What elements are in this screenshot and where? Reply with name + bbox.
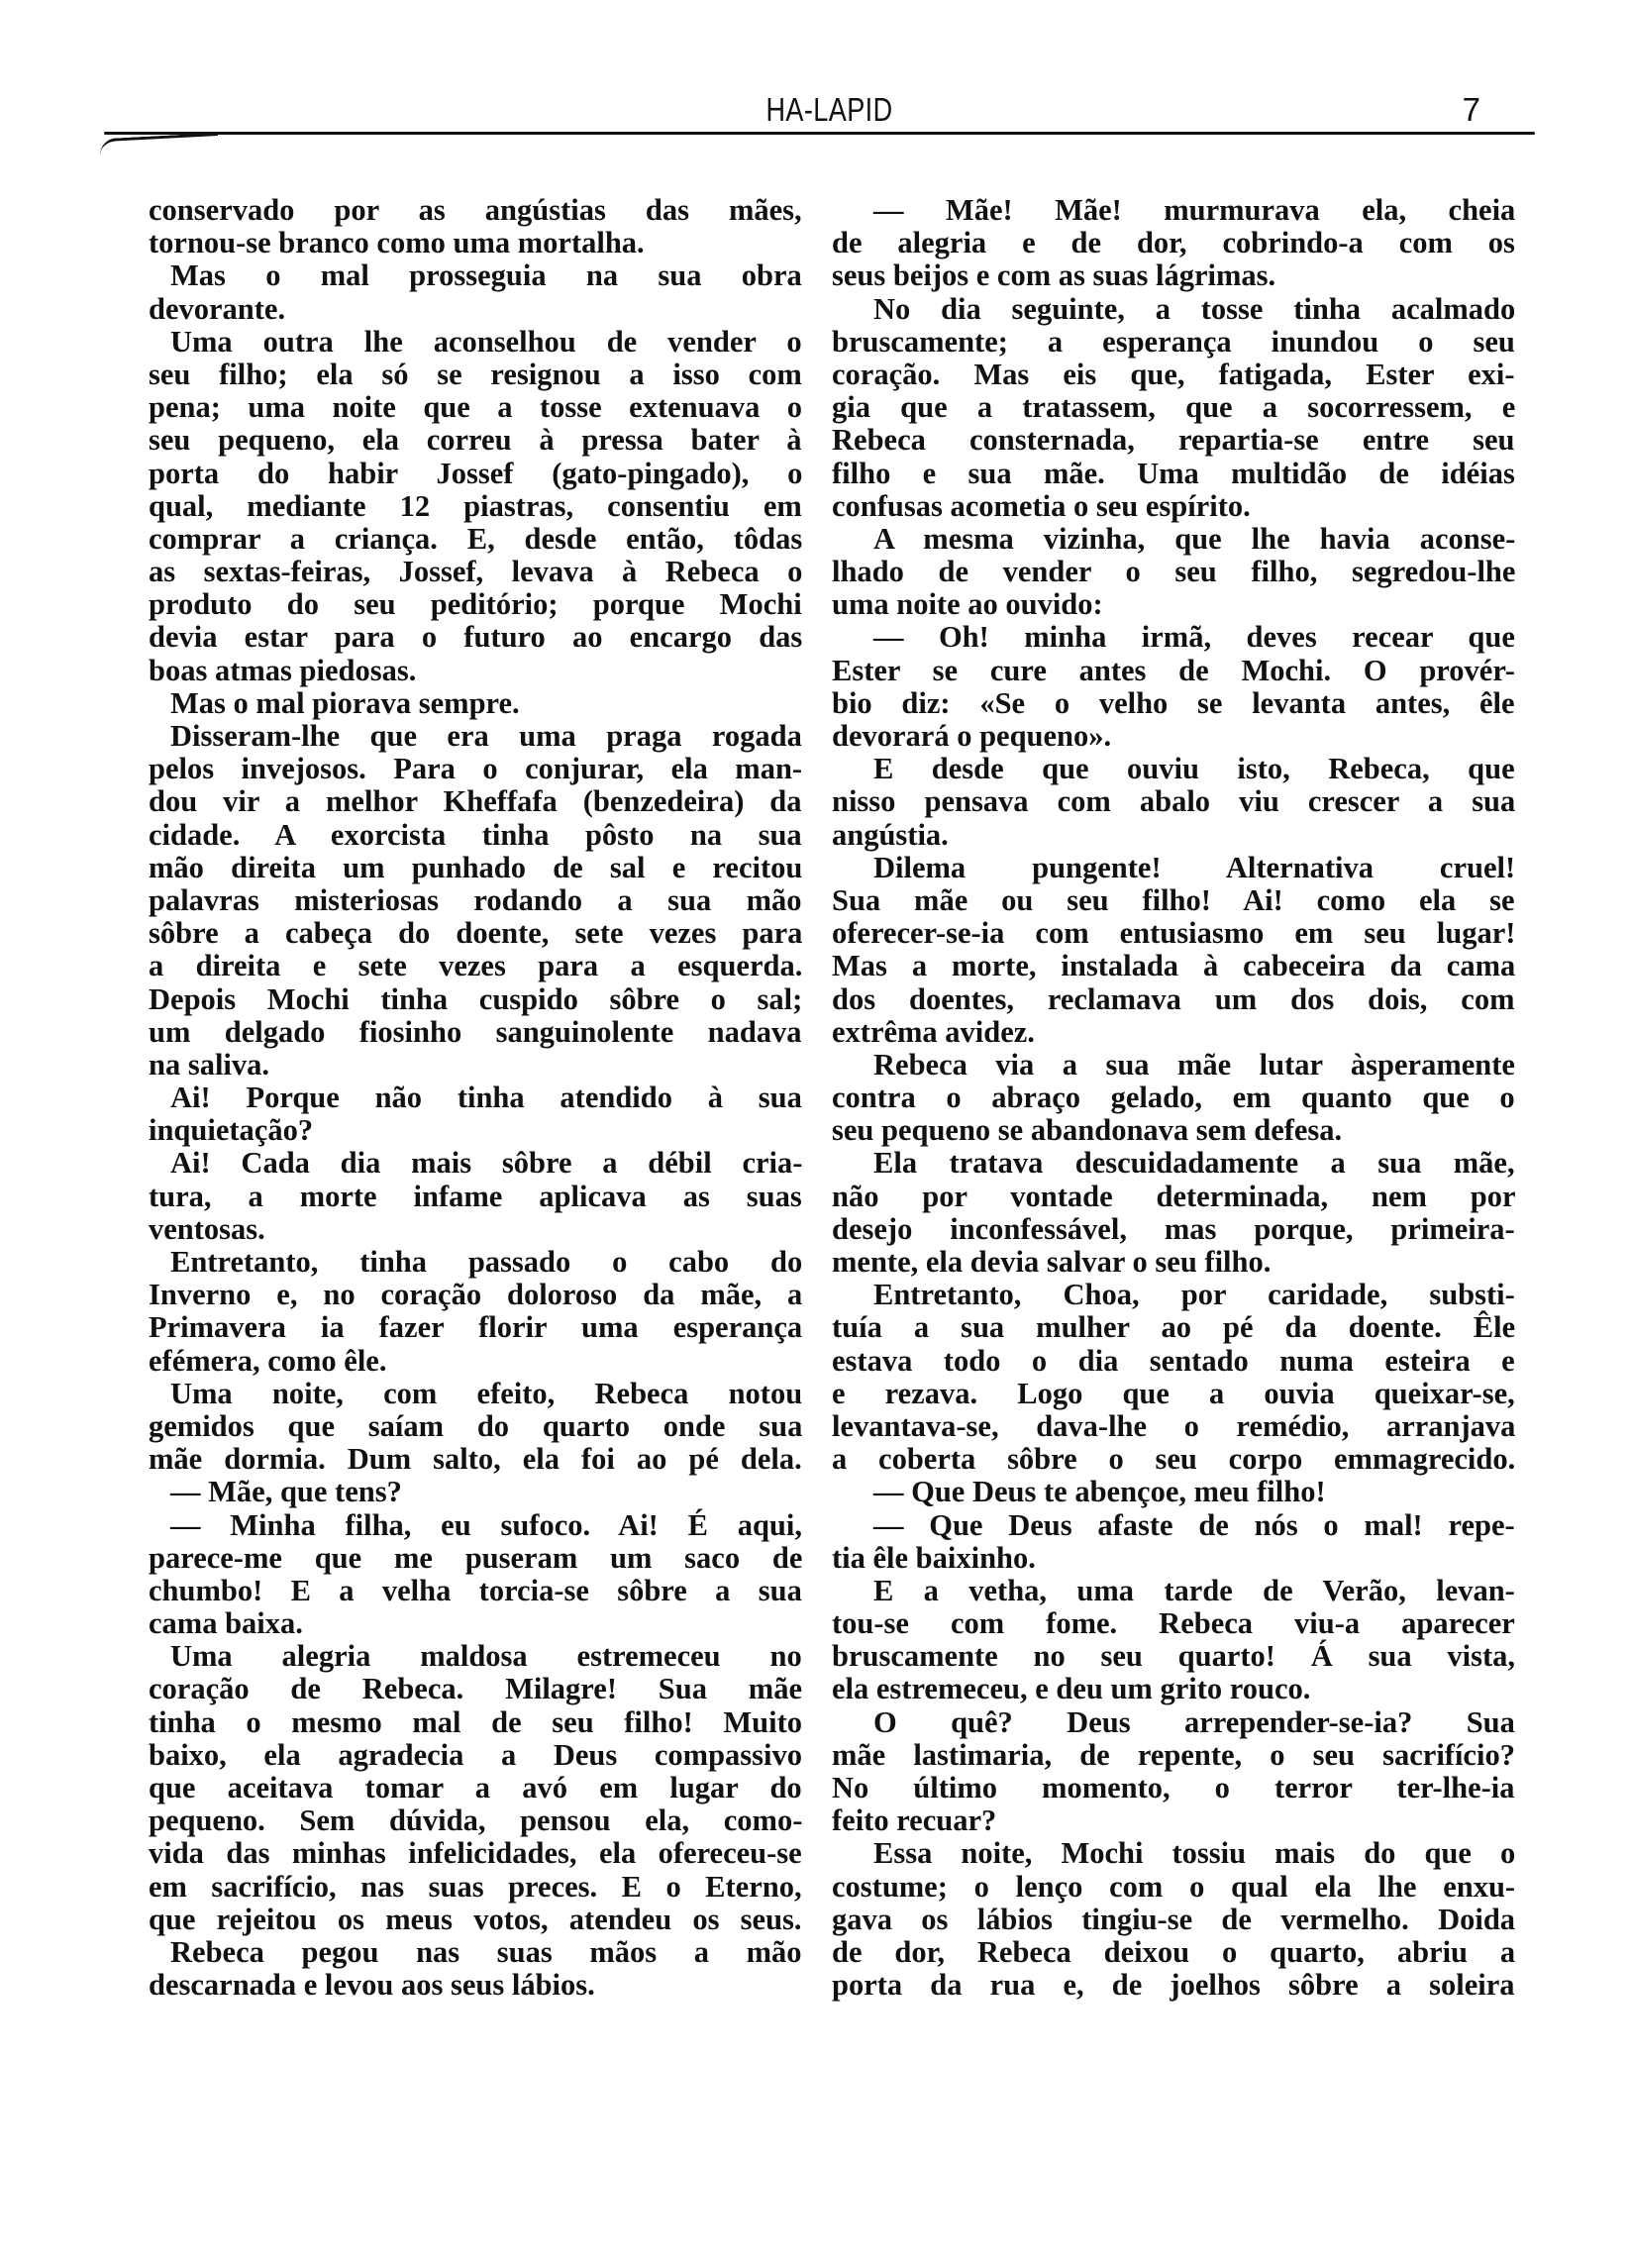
- text-line: No último momento, o terror ter-lhe-ia: [832, 1772, 1515, 1804]
- text-line: filho e sua mãe. Uma multidão de idéias: [832, 458, 1515, 490]
- text-line: Ela tratava descuidadamente a sua mãe,: [832, 1147, 1515, 1180]
- text-line: dou vir a melhor Kheffafa (benzedeira) d…: [149, 785, 802, 818]
- text-line: estava todo o dia sentado numa esteira e: [832, 1345, 1515, 1378]
- text-line: sôbre a cabeça do doente, sete vezes par…: [149, 917, 802, 950]
- text-line: mãe dormia. Dum salto, ela foi ao pé del…: [149, 1443, 802, 1476]
- text-line: boas atmas piedosas.: [149, 655, 802, 687]
- text-line: bio diz: «Se o velho se levanta antes, ê…: [832, 687, 1515, 720]
- text-line: Ai! Cada dia mais sôbre a débil cria-: [149, 1147, 802, 1180]
- text-line: porta do habir Jossef (gato-pingado), o: [149, 458, 802, 490]
- text-line: seu pequeno se abandonava sem defesa.: [832, 1114, 1515, 1147]
- text-line: palavras misteriosas rodando a sua mão: [149, 884, 802, 917]
- text-line: Mas o mal piorava sempre.: [149, 687, 802, 720]
- page-number: 7: [1463, 91, 1480, 129]
- text-line: E a vetha, uma tarde de Verão, levan-: [832, 1575, 1515, 1607]
- text-line: dos doentes, reclamava um dos dois, com: [832, 983, 1515, 1016]
- text-line: extrêma avidez.: [832, 1016, 1515, 1049]
- text-line: Dilema pungente! Alternativa cruel!: [832, 852, 1515, 884]
- text-line: seu filho; ela só se resignou a isso com: [149, 359, 802, 391]
- text-line: cidade. A exorcista tinha pôsto na sua: [149, 819, 802, 852]
- text-line: de alegria e de dor, cobrindo-a com os: [832, 227, 1515, 259]
- text-line: — Que Deus te abençoe, meu filho!: [832, 1476, 1515, 1508]
- text-line: — Mãe! Mãe! murmurava ela, cheia: [832, 194, 1515, 227]
- text-line: descarnada e levou aos seus lábios.: [149, 1969, 802, 2002]
- text-line: Rebeca pegou nas suas mãos a mão: [149, 1936, 802, 1969]
- text-line: mão direita um punhado de sal e recitou: [149, 852, 802, 884]
- header-rule-curl: [99, 133, 219, 155]
- text-line: comprar a criança. E, desde então, tôdas: [149, 523, 802, 556]
- text-line: — Que Deus afaste de nós o mal! repe-: [832, 1509, 1515, 1542]
- text-line: tou-se com fome. Rebeca viu-a aparecer: [832, 1607, 1515, 1640]
- text-line: coração de Rebeca. Milagre! Sua mãe: [149, 1673, 802, 1705]
- text-line: — Mãe, que tens?: [149, 1476, 802, 1508]
- text-line: não por vontade determinada, nem por: [832, 1181, 1515, 1213]
- text-line: Depois Mochi tinha cuspido sôbre o sal;: [149, 983, 802, 1016]
- text-line: oferecer-se-ia com entusiasmo em seu lug…: [832, 917, 1515, 950]
- text-column-left: conservado por as angústias das mães,tor…: [149, 194, 802, 2002]
- text-line: que aceitava tomar a avó em lugar do: [149, 1772, 802, 1804]
- text-line: Mas a morte, instalada à cabeceira da ca…: [832, 950, 1515, 982]
- text-line: gia que a tratassem, que a socorressem, …: [832, 391, 1515, 424]
- text-line: Rebeca consternada, repartia-se entre se…: [832, 424, 1515, 457]
- text-line: contra o abraço gelado, em quanto que o: [832, 1082, 1515, 1114]
- text-line: que rejeitou os meus votos, atendeu os s…: [149, 1904, 802, 1936]
- text-line: feito recuar?: [832, 1804, 1515, 1837]
- text-column-right: — Mãe! Mãe! murmurava ela, cheiade alegr…: [832, 194, 1515, 2002]
- text-line: uma noite ao ouvido:: [832, 588, 1515, 621]
- text-line: seu pequeno, ela correu à pressa bater à: [149, 424, 802, 457]
- text-line: pena; uma noite que a tosse extenuava o: [149, 391, 802, 424]
- text-line: produto do seu peditório; porque Mochi: [149, 588, 802, 621]
- text-line: tornou-se branco como uma mortalha.: [149, 227, 802, 259]
- text-line: tinha o mesmo mal de seu filho! Muito: [149, 1706, 802, 1739]
- text-line: Inverno e, no coração doloroso da mãe, a: [149, 1279, 802, 1311]
- text-line: desejo inconfessável, mas porque, primei…: [832, 1213, 1515, 1246]
- text-line: confusas acometia o seu espírito.: [832, 490, 1515, 523]
- text-line: gava os lábios tingiu-se de vermelho. Do…: [832, 1904, 1515, 1936]
- text-line: nisso pensava com abalo viu crescer a su…: [832, 785, 1515, 818]
- text-line: na saliva.: [149, 1049, 802, 1082]
- text-line: Essa noite, Mochi tossiu mais do que o: [832, 1837, 1515, 1870]
- text-line: A mesma vizinha, que lhe havia aconse-: [832, 523, 1515, 556]
- header-rule: [104, 132, 1535, 135]
- text-line: pelos invejosos. Para o conjurar, ela ma…: [149, 753, 802, 785]
- text-line: ventosas.: [149, 1213, 802, 1246]
- text-line: as sextas-feiras, Jossef, levava à Rebec…: [149, 556, 802, 588]
- text-line: lhado de vender o seu filho, segredou-lh…: [832, 556, 1515, 588]
- text-line: cama baixa.: [149, 1607, 802, 1640]
- text-line: angústia.: [832, 819, 1515, 852]
- text-line: em sacrifício, nas suas preces. E o Eter…: [149, 1871, 802, 1904]
- text-line: No dia seguinte, a tosse tinha acalmado: [832, 293, 1515, 326]
- text-line: — Minha filha, eu sufoco. Ai! É aqui,: [149, 1509, 802, 1542]
- text-line: seus beijos e com as suas lágrimas.: [832, 259, 1515, 292]
- text-line: e rezava. Logo que a ouvia queixar-se,: [832, 1378, 1515, 1410]
- text-line: um delgado fiosinho sanguinolente nadava: [149, 1016, 802, 1049]
- text-line: Primavera ia fazer florir uma esperança: [149, 1311, 802, 1344]
- text-line: conservado por as angústias das mães,: [149, 194, 802, 227]
- text-line: efémera, como êle.: [149, 1345, 802, 1378]
- text-line: inquietação?: [149, 1114, 802, 1147]
- text-line: gemidos que saíam do quarto onde sua: [149, 1410, 802, 1443]
- text-line: Entretanto, Choa, por caridade, substi-: [832, 1279, 1515, 1311]
- text-line: parece-me que me puseram um saco de: [149, 1542, 802, 1575]
- text-line: Ester se cure antes de Mochi. O provér-: [832, 655, 1515, 687]
- text-line: bruscamente; a esperança inundou o seu: [832, 326, 1515, 359]
- text-line: bruscamente no seu quarto! Á sua vista,: [832, 1640, 1515, 1673]
- text-line: vida das minhas infelicidades, ela ofere…: [149, 1837, 802, 1870]
- text-line: Rebeca via a sua mãe lutar àsperamente: [832, 1049, 1515, 1082]
- text-line: devia estar para o futuro ao encargo das: [149, 621, 802, 654]
- text-line: tuía a sua mulher ao pé da doente. Êle: [832, 1311, 1515, 1344]
- text-line: — Oh! minha irmã, deves recear que: [832, 621, 1515, 654]
- text-line: porta da rua e, de joelhos sôbre a solei…: [832, 1969, 1515, 2002]
- text-line: levantava-se, dava-lhe o remédio, arranj…: [832, 1410, 1515, 1443]
- text-line: devorará o pequeno».: [832, 720, 1515, 753]
- text-line: Sua mãe ou seu filho! Ai! como ela se: [832, 884, 1515, 917]
- text-line: Uma alegria maldosa estremeceu no: [149, 1640, 802, 1673]
- text-line: a direita e sete vezes para a esquerda.: [149, 950, 802, 982]
- text-line: mãe lastimaria, de repente, o seu sacrif…: [832, 1739, 1515, 1772]
- text-line: O quê? Deus arrepender-se-ia? Sua: [832, 1706, 1515, 1739]
- text-line: Disseram-lhe que era uma praga rogada: [149, 720, 802, 753]
- text-line: tia êle baixinho.: [832, 1542, 1515, 1575]
- text-line: devorante.: [149, 293, 802, 326]
- text-line: de dor, Rebeca deixou o quarto, abriu a: [832, 1936, 1515, 1969]
- running-title: HA-LAPID: [263, 91, 1396, 129]
- text-line: chumbo! E a velha torcia-se sôbre a sua: [149, 1575, 802, 1607]
- text-line: tura, a morte infame aplicava as suas: [149, 1181, 802, 1213]
- text-line: a coberta sôbre o seu corpo emmagrecido.: [832, 1443, 1515, 1476]
- text-line: mente, ela devia salvar o seu filho.: [832, 1246, 1515, 1279]
- text-line: E desde que ouviu isto, Rebeca, que: [832, 753, 1515, 785]
- text-line: coração. Mas eis que, fatigada, Ester ex…: [832, 359, 1515, 391]
- text-line: ela estremeceu, e deu um grito rouco.: [832, 1673, 1515, 1705]
- text-line: qual, mediante 12 piastras, consentiu em: [149, 490, 802, 523]
- text-line: pequeno. Sem dúvida, pensou ela, como-: [149, 1804, 802, 1837]
- text-line: Uma noite, com efeito, Rebeca notou: [149, 1378, 802, 1410]
- text-line: Ai! Porque não tinha atendido à sua: [149, 1082, 802, 1114]
- text-line: costume; o lenço com o qual ela lhe enxu…: [832, 1871, 1515, 1904]
- text-line: Entretanto, tinha passado o cabo do: [149, 1246, 802, 1279]
- text-line: baixo, ela agradecia a Deus compassivo: [149, 1739, 802, 1772]
- text-line: Mas o mal prosseguia na sua obra: [149, 259, 802, 292]
- text-line: Uma outra lhe aconselhou de vender o: [149, 326, 802, 359]
